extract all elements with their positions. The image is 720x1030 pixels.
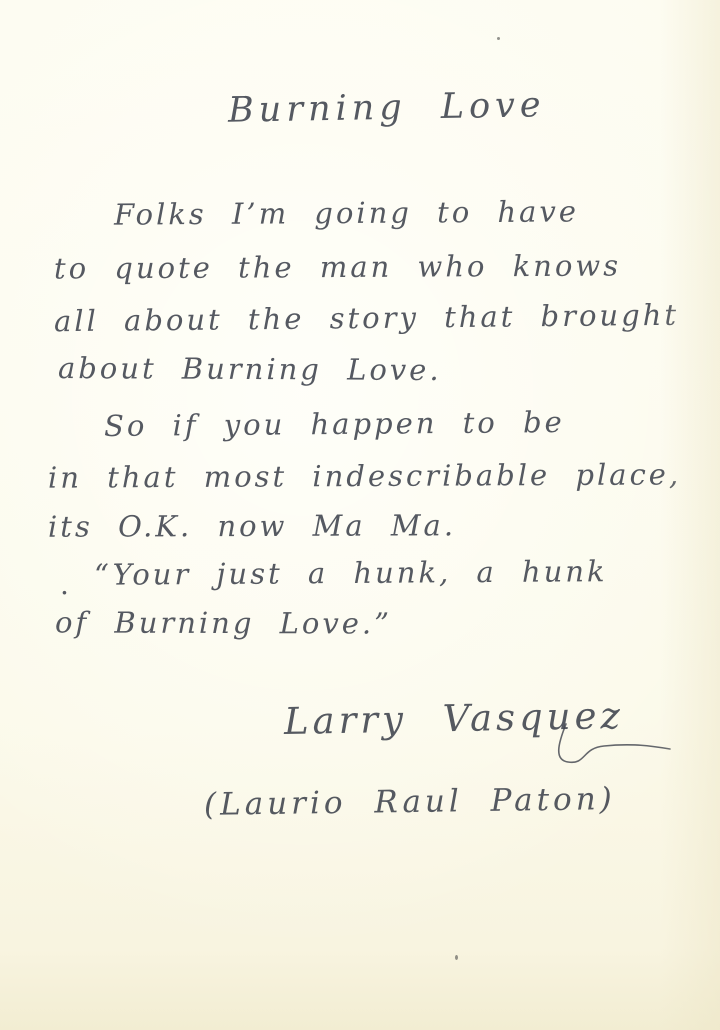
- letter-line: to quote the man who knows: [54, 249, 621, 286]
- letter-line: all about the story that brought: [54, 298, 679, 339]
- letter-line: about Burning Love.: [58, 351, 442, 387]
- paper-speck: [497, 37, 500, 40]
- letter-line: its O.K. now Ma Ma.: [48, 508, 456, 543]
- letter-line: “Your just a hunk, a hunk: [94, 554, 608, 592]
- paper-speck: [455, 955, 458, 960]
- letter-line: So if you happen to be: [104, 405, 565, 443]
- letter-line: Folks I’m going to have: [114, 194, 579, 231]
- stray-ink-mark: .: [60, 568, 69, 601]
- attribution: (Laurio Raul Paton): [204, 781, 616, 823]
- letter-title: Burning Love: [228, 85, 546, 131]
- letter-page: Burning Love Folks I’m going to have to …: [0, 0, 720, 1030]
- signature-flourish: [552, 722, 672, 772]
- letter-line: of Burning Love.”: [55, 605, 392, 640]
- letter-line: in that most indescribable place,: [48, 457, 681, 494]
